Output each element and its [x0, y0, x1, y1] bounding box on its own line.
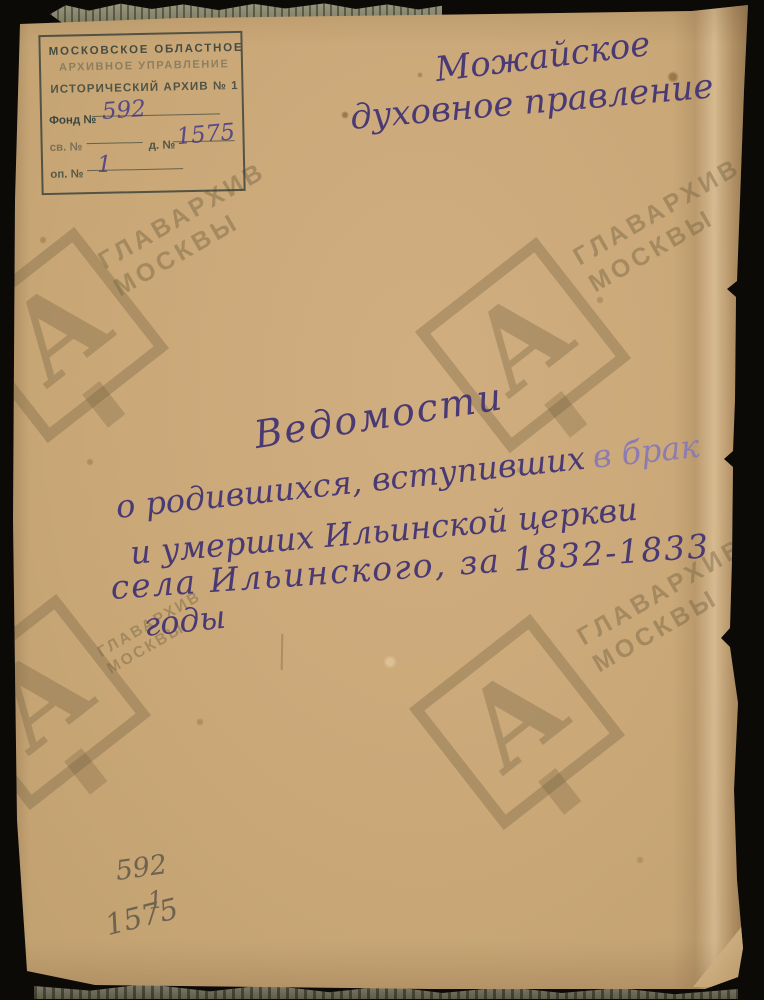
stamp-svyazka-underline [87, 142, 143, 144]
glavarkhiv-logo-letter: А [444, 647, 585, 791]
scanned-archive-cover: А ГЛАВАРХИВ МОСКВЫ А ГЛАВАРХИВ МОСКВЫ А … [0, 0, 764, 1000]
glavarkhiv-logo-letter: А [0, 260, 129, 404]
paper-scratch-mark [281, 634, 284, 670]
stamp-opis-value: 1 [97, 152, 112, 178]
pencil-fond-number: 592 [114, 849, 169, 887]
handwritten-title-heading: Ведомости [251, 374, 506, 457]
handwritten-title-line1b: в брак [591, 427, 701, 476]
glavarkhiv-logo-tail [544, 391, 587, 438]
stamp-delo-label: д. № [149, 139, 176, 152]
paper-corner-curl [693, 925, 743, 987]
glavarkhiv-logo-tail [64, 748, 107, 795]
stamp-fond-value: 592 [101, 96, 147, 125]
document-page: А ГЛАВАРХИВ МОСКВЫ А ГЛАВАРХИВ МОСКВЫ А … [0, 0, 764, 1000]
stamp-org-line2: АРХИВНОЕ УПРАВЛЕНИЕ [59, 58, 230, 74]
stamp-opis-label: оп. № [50, 168, 83, 181]
stamp-svyazka-label: св. № [50, 141, 83, 154]
handwritten-title-line4: годы [142, 598, 227, 644]
glavarkhiv-watermark-text: ГЛАВАРХИВ МОСКВЫ [568, 152, 762, 299]
pencil-delo-number: 1575 [102, 891, 182, 942]
glavarkhiv-logo-tail [538, 768, 581, 815]
stamp-org-line1: МОСКОВСКОЕ ОБЛАСТНОЕ [49, 42, 244, 58]
glavarkhiv-logo-tail [82, 381, 125, 428]
stamp-org-line3: ИСТОРИЧЕСКИЙ АРХИВ № 1 [50, 80, 239, 96]
archive-stamp: МОСКОВСКОЕ ОБЛАСТНОЕ АРХИВНОЕ УПРАВЛЕНИЕ… [38, 31, 245, 195]
glavarkhiv-logo-letter: А [0, 627, 111, 771]
stamp-delo-value: 1575 [175, 119, 236, 150]
stamp-fond-label: Фонд № [49, 114, 96, 127]
